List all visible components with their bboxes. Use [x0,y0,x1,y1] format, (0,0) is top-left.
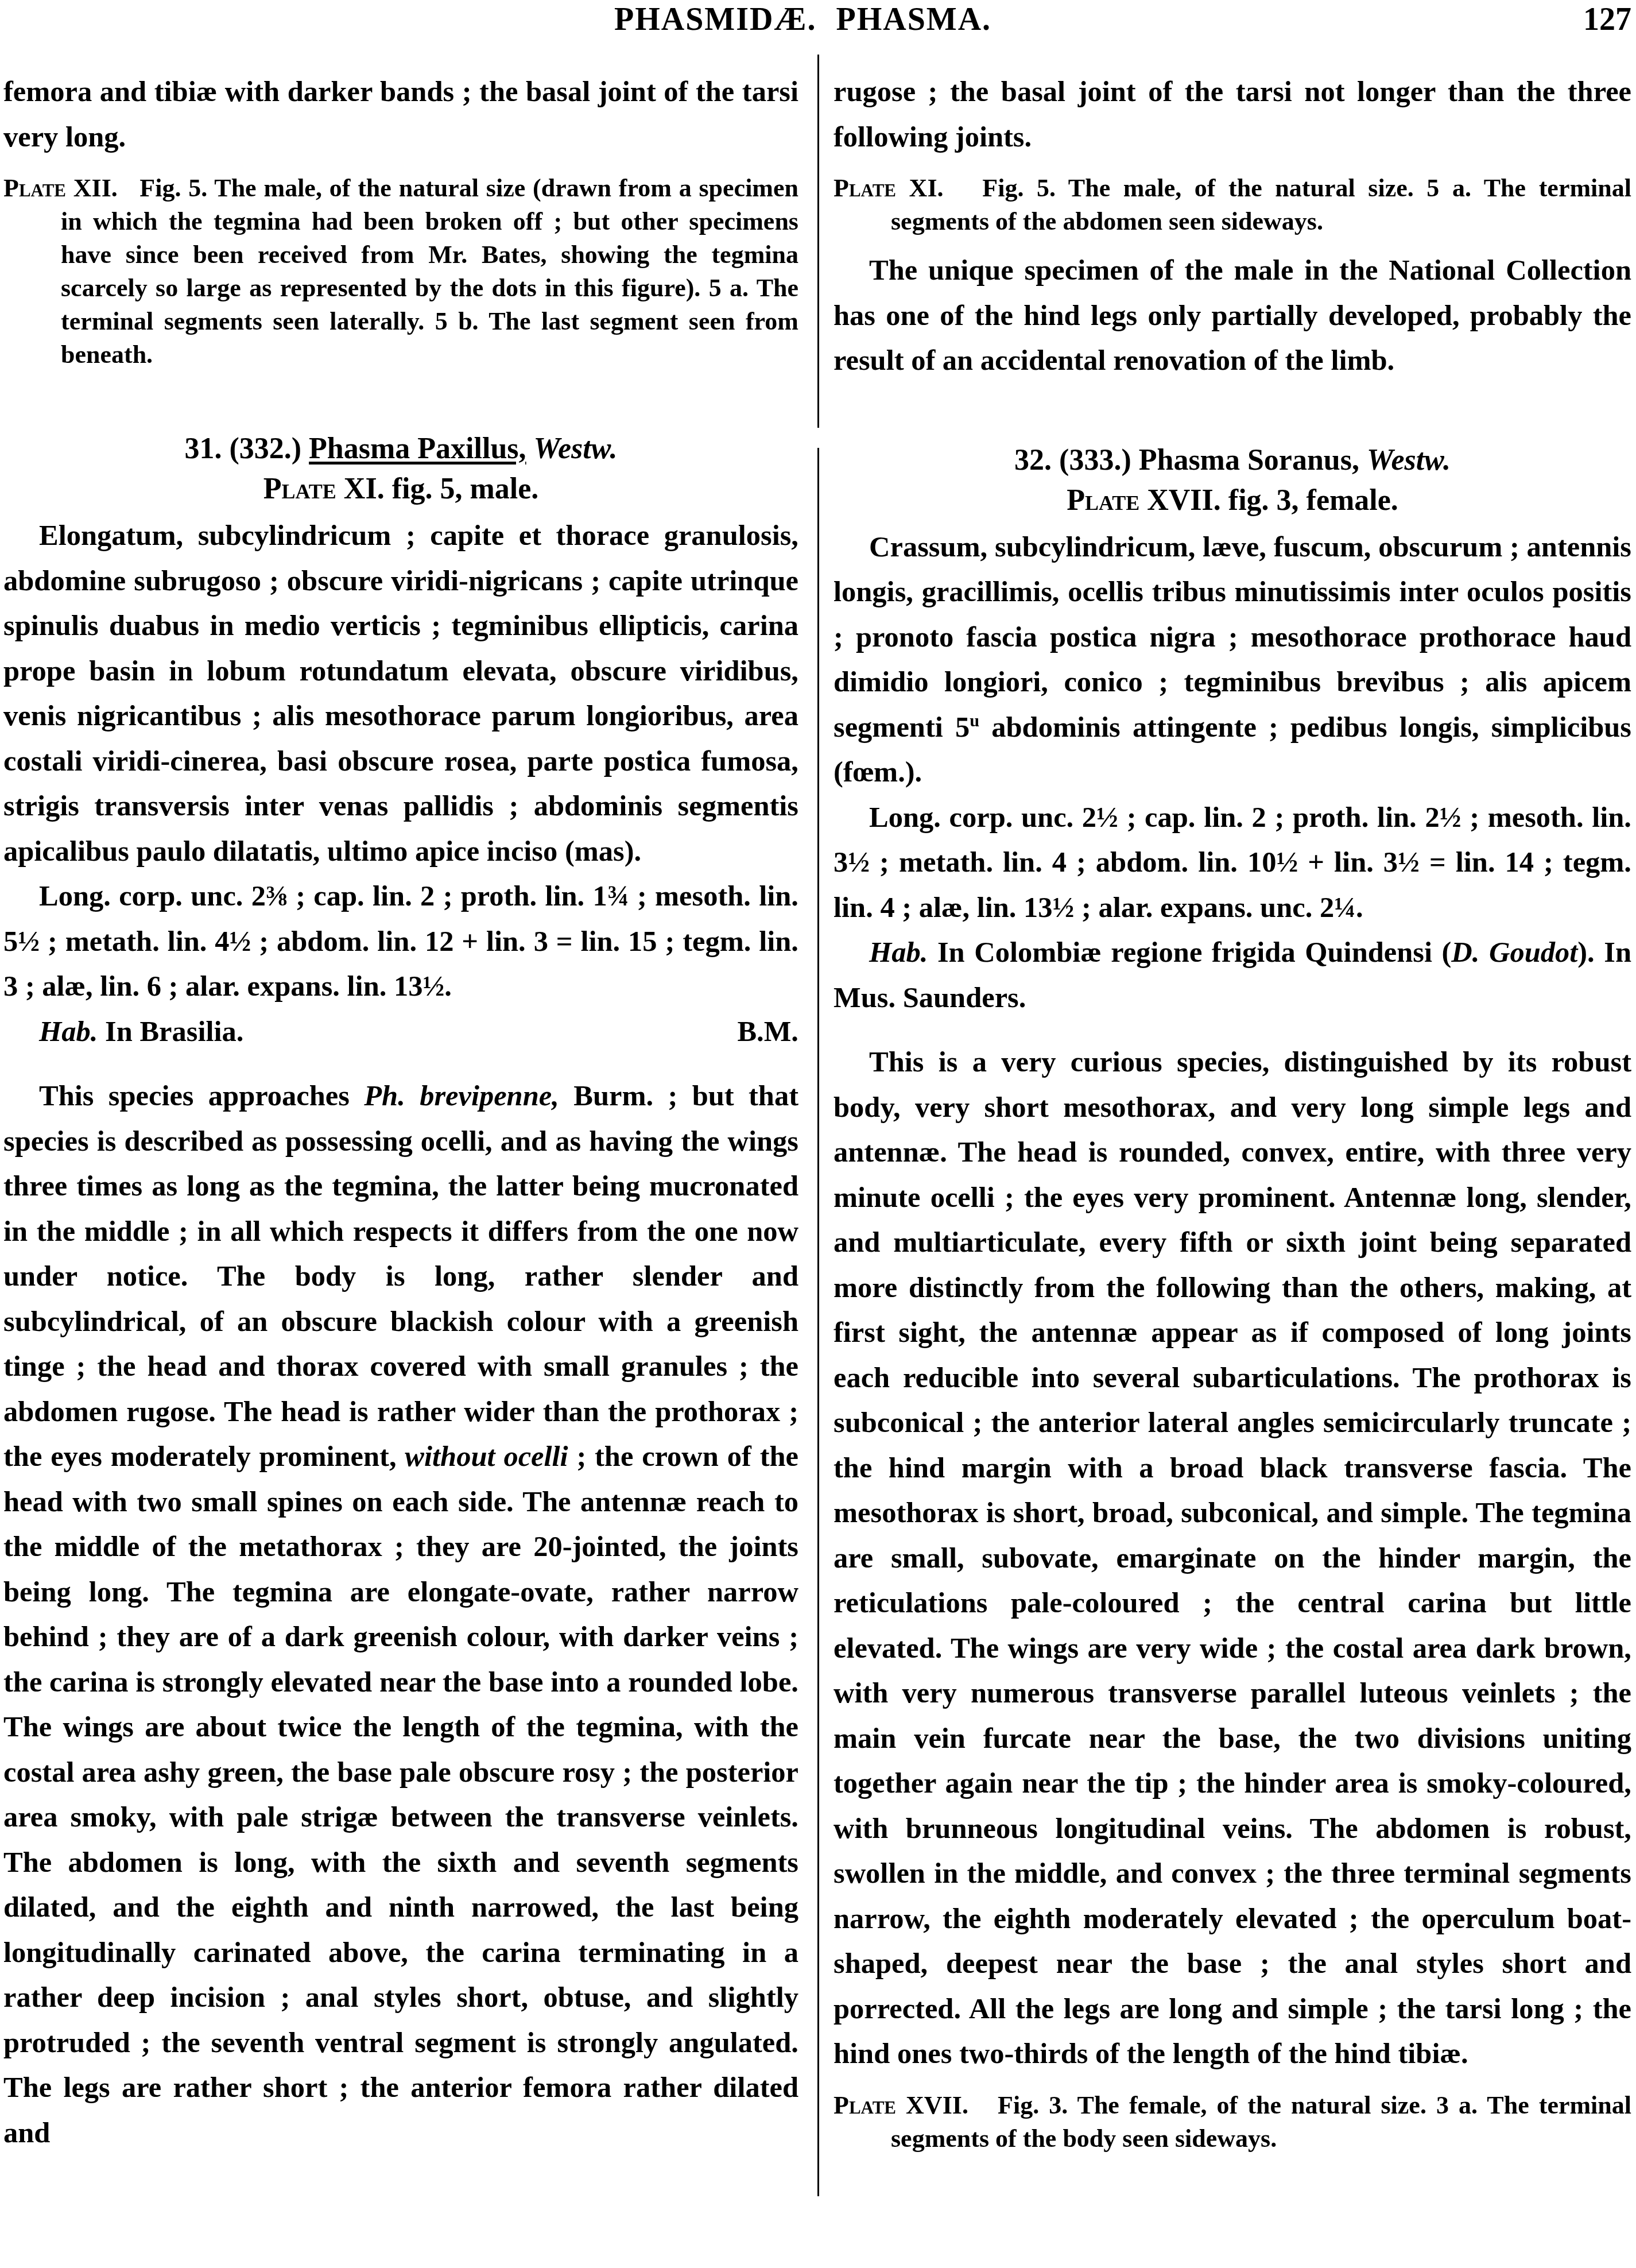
spacer [833,1020,1631,1039]
plate-caption-xi: Plate XI. Fig. 5. The male, of the natur… [833,172,1631,238]
species-plate-reference: Plate XI. fig. 5, male. [3,469,798,509]
plate-label: Plate [263,473,336,505]
species-heading: 32. (333.) Phasma Soranus, Westw. [833,440,1631,481]
habitat-line: Hab. In Colombiæ regione frigida Quinden… [833,930,1631,1020]
habitat-label: Hab. [39,1015,98,1047]
plate-label: Plate [833,2091,896,2119]
species-name: Phasma Soranus, [1139,444,1359,477]
column-divider-bottom [817,448,819,2196]
discussion-text: ; the crown of the head with two small s… [3,1440,798,2149]
species-plate-reference: Plate XVII. fig. 3, female. [833,481,1631,521]
plate-caption-xii: Plate XII. Fig. 5. The male, of the natu… [3,172,798,371]
plate-label: Plate [1067,484,1139,517]
plate-caption-text: Fig. 5. The male, of the natural size (d… [61,174,798,369]
latin-description: Elongatum, subcylindricum ; capite et th… [3,513,798,873]
discussion-paragraph: This is a very curious species, distingu… [833,1039,1631,2076]
measurements: Long. corp. unc. 2⅜ ; cap. lin. 2 ; prot… [3,873,798,1009]
collector-name: D. Goudot [1451,936,1577,968]
running-head-genus: PHASMA. [836,2,991,37]
discussion-paragraph: This species approaches Ph. brevipenne, … [3,1073,798,2155]
continuation-text: femora and tibiæ with darker bands ; the… [3,69,798,159]
plate-caption-text: Fig. 5. The male, of the natural size. 5… [891,174,1631,235]
spacer [833,238,1631,247]
species-heading: 31. (332.) Phasma Paxillus, Westw. [3,429,798,469]
measurements: Long. corp. unc. 2½ ; cap. lin. 2 ; prot… [833,795,1631,930]
plate-ref: XI. fig. 5, male. [344,473,538,505]
entry-number: 31. (332.) [184,432,301,465]
page-header: PHASMIDÆ.PHASMA. 127 [0,0,1636,46]
plate-number: XII. [73,174,118,202]
remark-paragraph: The unique specimen of the male in the N… [833,247,1631,383]
habitat-label: Hab. [869,936,928,968]
page-number: 127 [1583,1,1631,38]
discussion-text: Burm. ; but that species is described as… [3,1079,798,1472]
entry-number: 32. (333.) [1014,444,1131,477]
latin-description: Crassum, subcylindricum, læve, fuscum, o… [833,524,1631,795]
right-column: rugose ; the basal joint of the tarsi no… [833,69,1631,2155]
species-name: Phasma Paxillus, [309,432,526,465]
discussion-text: This species approaches [39,1079,364,1112]
continuation-text: rugose ; the basal joint of the tarsi no… [833,69,1631,159]
spacer [3,371,798,429]
habitat-text: In Colombiæ regione frigida Quindensi ( [928,936,1451,968]
spacer [3,1054,798,1073]
left-column: femora and tibiæ with darker bands ; the… [3,69,798,2155]
superscript: u [970,711,979,730]
running-head: PHASMIDÆ.PHASMA. [614,1,991,38]
plate-number: XI. [909,174,944,202]
running-head-family: PHASMIDÆ. [614,2,816,37]
plate-number: XVII. [906,2091,968,2119]
plate-label: Plate [833,174,896,202]
spacer [833,383,1631,440]
plate-caption-xvii: Plate XVII. Fig. 3. The female, of the n… [833,2089,1631,2155]
plate-caption-text: Fig. 3. The female, of the natural size.… [891,2091,1631,2153]
plate-ref: XVII. fig. 3, female. [1147,484,1398,517]
plate-label: Plate [3,174,66,202]
emphasis-text: without ocelli [405,1440,568,1472]
habitat-text: In Brasilia. [105,1015,243,1047]
species-authority: Westw. [1367,444,1451,477]
species-authority: Westw. [534,432,618,465]
compared-species: Ph. brevipenne, [364,1079,559,1112]
column-divider-top [817,55,819,428]
collection-abbrev: B.M. [737,1009,798,1054]
habitat-line: Hab. In Brasilia. B.M. [3,1009,798,1054]
